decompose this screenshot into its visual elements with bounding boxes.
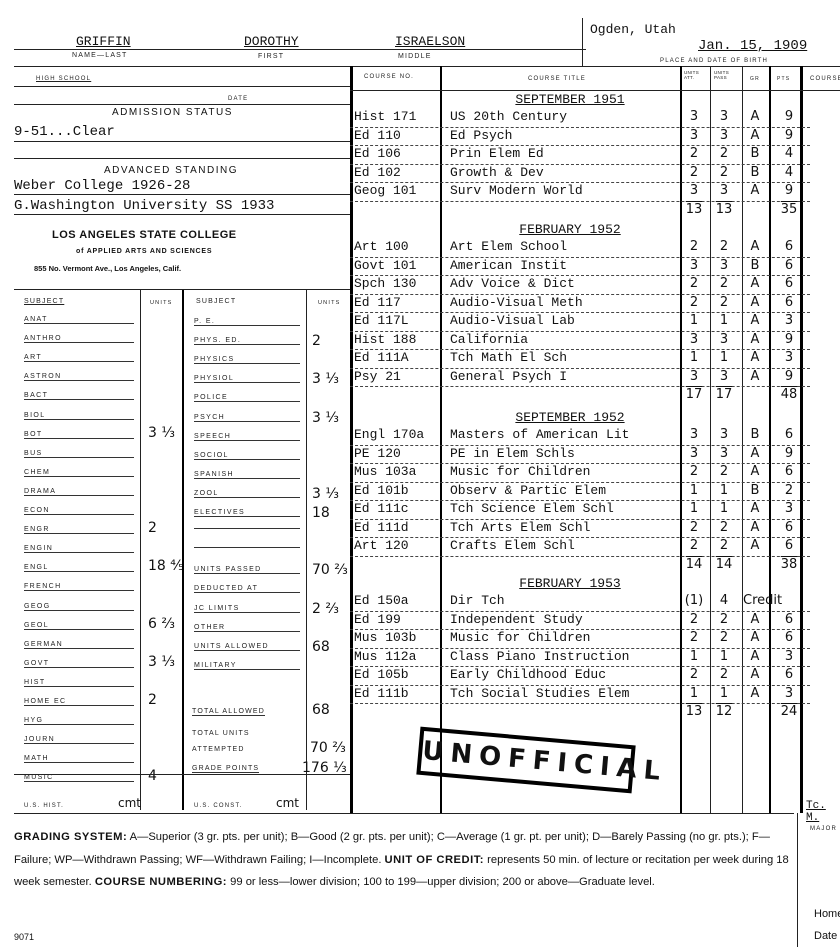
- subject-label: UNITS PASSED: [194, 566, 300, 574]
- grade-points: 6: [774, 276, 804, 291]
- subject-label: PSYCH: [194, 414, 300, 422]
- subject-label: BOT: [24, 431, 134, 439]
- term-totals-row: 131335: [350, 202, 810, 221]
- grade-points: 3: [774, 501, 804, 516]
- high-school-label: HIGH SCHOOL: [36, 76, 91, 82]
- grade-points: 9: [774, 332, 804, 347]
- course-title: Dir Tch: [450, 593, 688, 608]
- grade-points: 6: [774, 612, 804, 627]
- course-row: Ed 117Audio-Visual Meth22A6: [350, 295, 810, 314]
- units-passed: 1: [710, 313, 738, 328]
- units-attempted: 2: [683, 667, 705, 682]
- units-header-left: UNITS: [150, 300, 173, 306]
- course-title: Crafts Elem Schl: [450, 538, 688, 553]
- total-grade-points: 48: [774, 387, 804, 402]
- birth-date: Jan. 15, 1909: [698, 38, 807, 54]
- admission-status-value: 9-51...Clear: [14, 124, 115, 140]
- subject-label: ENGL: [24, 564, 134, 572]
- subject-units: 4: [148, 768, 157, 784]
- next-column-header: COURSE: [810, 76, 840, 82]
- grade-points: 6: [774, 427, 804, 442]
- course-title-header: COURSE TITLE: [528, 76, 586, 82]
- course-number: Mus 103b: [354, 630, 438, 645]
- total-units-passed: 13: [710, 202, 738, 217]
- term-heading: FEBRUARY 1952: [450, 222, 690, 237]
- advanced-standing-2: G.Washington University SS 1933: [14, 198, 274, 214]
- advanced-standing-label: ADVANCED STANDING: [104, 165, 238, 176]
- grade-points: 6: [774, 295, 804, 310]
- units-passed: 2: [710, 295, 738, 310]
- units-passed: 2: [710, 146, 738, 161]
- subject-label: DRAMA: [24, 488, 134, 496]
- grade: A: [743, 538, 767, 553]
- subjects-bottom-line: [14, 774, 350, 775]
- subject-units: 18 ⅘: [148, 558, 184, 574]
- major-label: MAJOR: [810, 826, 837, 832]
- course-title: Surv Modern World: [450, 183, 688, 198]
- grade: A: [743, 612, 767, 627]
- course-title: PE in Elem Schls: [450, 446, 688, 461]
- date-label: DATE: [228, 96, 248, 102]
- grade: A: [743, 183, 767, 198]
- course-title: Prin Elem Ed: [450, 146, 688, 161]
- subject-units: 3 ⅓: [312, 410, 339, 426]
- high-school-line: [14, 86, 350, 87]
- total-units-passed: 12: [710, 704, 738, 719]
- subject-label: DEDUCTED AT: [194, 585, 300, 593]
- subject-label: BUS: [24, 450, 134, 458]
- course-number: PE 120: [354, 446, 438, 461]
- subject-label: ART: [24, 354, 134, 362]
- units-passed: 2: [710, 520, 738, 535]
- units-pass-header: UNITS PASS: [714, 70, 740, 80]
- header-bottom-line: [14, 66, 840, 67]
- units-passed: 3: [710, 332, 738, 347]
- course-number: Psy 21: [354, 369, 438, 384]
- units-attempted: 2: [683, 630, 705, 645]
- units-attempted: 1: [683, 501, 705, 516]
- course-title: Audio-Visual Lab: [450, 313, 688, 328]
- units-attempted: 2: [683, 165, 705, 180]
- subject-units: 3 ⅓: [312, 486, 339, 502]
- subject-units: 3 ⅓: [312, 371, 339, 387]
- date-line: [14, 104, 350, 105]
- grade-points: 2: [774, 483, 804, 498]
- grade-points: 6: [774, 258, 804, 273]
- grade-points: 9: [774, 183, 804, 198]
- admission-line: [14, 141, 350, 142]
- course-row: Ed 106Prin Elem Ed22B4: [350, 146, 810, 165]
- grade-points: 3: [774, 649, 804, 664]
- course-row: PE 120PE in Elem Schls33A9: [350, 446, 810, 465]
- course-row: Mus 103aMusic for Children22A6: [350, 464, 810, 483]
- course-row: Psy 21General Psych I33A9: [350, 369, 810, 388]
- grade-points: 3: [774, 313, 804, 328]
- units-passed: 1: [710, 686, 738, 701]
- course-row: Ed 111bTch Social Studies Elem11A3: [350, 686, 810, 705]
- subject-label: PHYS. ED.: [194, 337, 300, 345]
- course-title: Art Elem School: [450, 239, 688, 254]
- course-row: Govt 101American Instit33B6: [350, 258, 810, 277]
- term-heading: FEBRUARY 1953: [450, 576, 690, 591]
- grade: B: [743, 483, 767, 498]
- units-passed: 2: [710, 165, 738, 180]
- adv-line-1: [14, 194, 350, 195]
- grade: A: [743, 630, 767, 645]
- units-passed: 3: [710, 446, 738, 461]
- name-last-label: NAME—LAST: [72, 52, 128, 59]
- units-attempted: 1: [683, 483, 705, 498]
- subject-label: UNITS ALLOWED: [194, 643, 300, 651]
- subject-units: 2 ⅔: [312, 601, 339, 617]
- course-number: Ed 111c: [354, 501, 438, 516]
- tc-major-value: Tc. M.: [806, 800, 840, 824]
- grade-points: 4: [774, 165, 804, 180]
- course-number: Ed 199: [354, 612, 438, 627]
- subject-label: GEOL: [24, 622, 134, 630]
- total-units-attempted: 14: [683, 557, 705, 572]
- course-title: Growth & Dev: [450, 165, 688, 180]
- subject-units: 2: [148, 692, 157, 708]
- units-passed: 2: [710, 667, 738, 682]
- course-number: Hist 171: [354, 109, 438, 124]
- units-attempted: 3: [683, 369, 705, 384]
- course-title: Tch Science Elem Schl: [450, 501, 688, 516]
- total-units-passed: 17: [710, 387, 738, 402]
- subject-label: MATH: [24, 755, 134, 763]
- grade: A: [743, 501, 767, 516]
- grade: A: [743, 295, 767, 310]
- subject-header-right: SUBJECT: [196, 298, 236, 305]
- subject-label: CHEM: [24, 469, 134, 477]
- course-number: Art 100: [354, 239, 438, 254]
- term-totals-row: 131224: [350, 704, 810, 723]
- course-row: Ed 102Growth & Dev22B4: [350, 165, 810, 184]
- course-row: Geog 101Surv Modern World33A9: [350, 183, 810, 202]
- grade: A: [743, 520, 767, 535]
- subject-units: 2: [148, 520, 157, 536]
- total-grade-points: 38: [774, 557, 804, 572]
- units-att-header: UNITS ATT.: [684, 70, 708, 80]
- course-title: Independent Study: [450, 612, 688, 627]
- course-number: Engl 170a: [354, 427, 438, 442]
- grade: A: [743, 464, 767, 479]
- unit-of-credit-label: UNIT OF CREDIT:: [385, 854, 484, 866]
- admission-line-2: [14, 158, 350, 159]
- us-const-value: cmt: [276, 796, 299, 810]
- subject-label: JOURN: [24, 736, 134, 744]
- subject-label: ZOOL: [194, 490, 300, 498]
- total-grade-points: 35: [774, 202, 804, 217]
- subject-label: PHYSIOL: [194, 375, 300, 383]
- units-passed: 3: [710, 258, 738, 273]
- first-name-label: FIRST: [258, 53, 284, 60]
- subject-label: ECON: [24, 507, 134, 515]
- left-units-divider: [140, 290, 141, 810]
- subject-units: 3 ⅓: [148, 654, 175, 670]
- subject-label: GEOG: [24, 603, 134, 611]
- course-row: Ed 150aDir Tch(1)4Credit: [350, 593, 810, 612]
- course-title: Masters of American Lit: [450, 427, 688, 442]
- course-number: Spch 130: [354, 276, 438, 291]
- subject-label: ELECTIVES: [194, 509, 300, 517]
- admission-status-label: ADMISSION STATUS: [112, 107, 233, 118]
- units-attempted: 2: [683, 538, 705, 553]
- college-name: LOS ANGELES STATE COLLEGE: [52, 229, 237, 241]
- units-passed: 2: [710, 239, 738, 254]
- grade-points: 6: [774, 520, 804, 535]
- term-totals-row: 171748: [350, 387, 810, 406]
- middle-name: ISRAELSON: [395, 34, 465, 49]
- course-numbering-text: 99 or less—lower division; 100 to 199—up…: [230, 876, 655, 888]
- course-number: Ed 111d: [354, 520, 438, 535]
- course-title: General Psych I: [450, 369, 688, 384]
- subject-label: BIOL: [24, 412, 134, 420]
- grade: A: [743, 239, 767, 254]
- units-attempted: 1: [683, 313, 705, 328]
- units-passed: 1: [710, 649, 738, 664]
- subject-units: 18: [312, 505, 330, 521]
- grade-points: 6: [774, 667, 804, 682]
- subject-units: 6 ⅔: [148, 616, 175, 632]
- units-attempted: 2: [683, 464, 705, 479]
- grade-points: 6: [774, 239, 804, 254]
- units-passed: 1: [710, 350, 738, 365]
- course-title: Music for Children: [450, 630, 688, 645]
- subject-header-left: SUBJECT: [24, 298, 64, 305]
- course-number: Ed 106: [354, 146, 438, 161]
- course-title: American Instit: [450, 258, 688, 273]
- units-passed: 3: [710, 109, 738, 124]
- course-number: Ed 117L: [354, 313, 438, 328]
- course-row: Art 100Art Elem School22A6: [350, 239, 810, 258]
- course-title: Tch Arts Elem Schl: [450, 520, 688, 535]
- subject-label: ASTRON: [24, 373, 134, 381]
- course-numbering-label: COURSE NUMBERING:: [95, 876, 227, 888]
- units-attempted: 3: [683, 446, 705, 461]
- course-title: California: [450, 332, 688, 347]
- course-number: Ed 105b: [354, 667, 438, 682]
- grade: A: [743, 313, 767, 328]
- units-attempted: 2: [683, 239, 705, 254]
- units-attempted: 3: [683, 258, 705, 273]
- subject-label: ENGIN: [24, 545, 134, 553]
- subject-label: ANTHRO: [24, 335, 134, 343]
- units-passed: 1: [710, 501, 738, 516]
- course-title: Tch Math El Sch: [450, 350, 688, 365]
- course-number: Ed 101b: [354, 483, 438, 498]
- grade-points: 9: [774, 128, 804, 143]
- grade-points: 9: [774, 446, 804, 461]
- us-history-label: U.S. HIST.: [24, 803, 64, 809]
- subject-label: OTHER: [194, 624, 300, 632]
- subject-units: 68: [312, 639, 330, 655]
- course-row: Ed 105bEarly Childhood Educ22A6: [350, 667, 810, 686]
- course-row: Mus 103bMusic for Children22A6: [350, 630, 810, 649]
- course-row: Spch 130Adv Voice & Dict22A6: [350, 276, 810, 295]
- course-number: Mus 103a: [354, 464, 438, 479]
- subject-units: 3 ⅓: [148, 425, 175, 441]
- grade: A: [743, 446, 767, 461]
- units-attempted: 1: [683, 649, 705, 664]
- course-no-header: COURSE NO.: [364, 74, 414, 80]
- advanced-standing-1: Weber College 1926-28: [14, 178, 190, 194]
- grade: A: [743, 128, 767, 143]
- total-units-attempted: 13: [683, 202, 705, 217]
- grade-points: 3: [774, 686, 804, 701]
- subject-units: 2: [312, 333, 321, 349]
- grade: B: [743, 427, 767, 442]
- grade: Credit: [743, 593, 767, 608]
- total-units-passed: 14: [710, 557, 738, 572]
- units-attempted: 2: [683, 146, 705, 161]
- units-attempted: 1: [683, 686, 705, 701]
- grade: A: [743, 332, 767, 347]
- grade: A: [743, 649, 767, 664]
- subject-label: HIST: [24, 679, 134, 687]
- name-line: [14, 49, 586, 50]
- term-totals-row: 141438: [350, 557, 810, 576]
- course-row: Ed 111ATch Math El Sch11A3: [350, 350, 810, 369]
- units-attempted: (1): [683, 593, 705, 608]
- grade-header: GR: [750, 76, 760, 82]
- grading-legend: GRADING SYSTEM: A—Superior (3 gr. pts. p…: [14, 826, 794, 894]
- birth-place: Ogden, Utah: [590, 22, 676, 37]
- course-number: Geog 101: [354, 183, 438, 198]
- grade-points: 9: [774, 109, 804, 124]
- course-row: Hist 188California33A9: [350, 332, 810, 351]
- grade-points: 6: [774, 464, 804, 479]
- term-heading: SEPTEMBER 1952: [450, 410, 690, 425]
- birth-label: PLACE AND DATE OF BIRTH: [660, 58, 768, 64]
- subject-label: POLICE: [194, 394, 300, 402]
- units-attempted: 2: [683, 295, 705, 310]
- units-attempted: 1: [683, 350, 705, 365]
- units-passed: 2: [710, 630, 738, 645]
- grade: B: [743, 146, 767, 161]
- subject-label: P. E.: [194, 318, 300, 326]
- course-title: Audio-Visual Meth: [450, 295, 688, 310]
- college-address: 855 No. Vermont Ave., Los Angeles, Calif…: [34, 264, 181, 273]
- total-units-attempted: 13: [683, 704, 705, 719]
- course-row: Ed 111cTch Science Elem Schl11A3: [350, 501, 810, 520]
- subject-label: MILITARY: [194, 662, 300, 670]
- total-units-attempted: 17: [683, 387, 705, 402]
- course-number: Ed 102: [354, 165, 438, 180]
- course-row: Engl 170aMasters of American Lit33B6: [350, 427, 810, 446]
- course-title: Ed Psych: [450, 128, 688, 143]
- course-row: Ed 110Ed Psych33A9: [350, 128, 810, 147]
- subject-label: SPANISH: [194, 471, 300, 479]
- course-row: Ed 117LAudio-Visual Lab11A3: [350, 313, 810, 332]
- right-units-divider: [306, 290, 307, 810]
- grade: A: [743, 276, 767, 291]
- form-code: 9071: [14, 932, 34, 942]
- course-row: Ed 111dTch Arts Elem Schl22A6: [350, 520, 810, 539]
- units-passed: 3: [710, 128, 738, 143]
- grade: A: [743, 109, 767, 124]
- units-attempted: 3: [683, 128, 705, 143]
- subject-label: GOVT: [24, 660, 134, 668]
- units-passed: 2: [710, 538, 738, 553]
- course-row: Ed 101bObserv & Partic Elem11B2: [350, 483, 810, 502]
- course-number: Art 120: [354, 538, 438, 553]
- units-passed: 2: [710, 464, 738, 479]
- subject-label: [194, 528, 300, 529]
- course-title: Adv Voice & Dict: [450, 276, 688, 291]
- subject-label: HYG: [24, 717, 134, 725]
- course-number: Ed 110: [354, 128, 438, 143]
- units-passed: 1: [710, 483, 738, 498]
- total-allowed-value: 68: [312, 702, 330, 718]
- course-number: Ed 150a: [354, 593, 438, 608]
- units-attempted: 3: [683, 183, 705, 198]
- course-title: US 20th Century: [450, 109, 688, 124]
- units-passed: 4: [710, 593, 738, 608]
- grade: A: [743, 369, 767, 384]
- grade: A: [743, 667, 767, 682]
- total-units-attempted-label: TOTAL UNITS ATTEMPTED: [192, 726, 302, 758]
- subject-label: GERMAN: [24, 641, 134, 649]
- units-attempted: 2: [683, 276, 705, 291]
- grade: A: [743, 686, 767, 701]
- units-attempted: 3: [683, 427, 705, 442]
- units-passed: 2: [710, 276, 738, 291]
- course-header-line: [350, 90, 840, 91]
- subject-label: JC LIMITS: [194, 605, 300, 613]
- grade-points: 6: [774, 630, 804, 645]
- total-allowed-label: TOTAL ALLOWED: [192, 708, 265, 716]
- header-divider: [582, 18, 583, 66]
- course-number: Mus 112a: [354, 649, 438, 664]
- subject-units: 70 ⅔: [312, 562, 348, 578]
- grade: B: [743, 258, 767, 273]
- unofficial-stamp: UNOFFICIAL: [416, 727, 635, 794]
- course-number: Hist 188: [354, 332, 438, 347]
- term-heading: SEPTEMBER 1951: [450, 92, 690, 107]
- middle-name-label: MIDDLE: [398, 53, 432, 60]
- units-attempted: 3: [683, 109, 705, 124]
- total-grade-points: 24: [774, 704, 804, 719]
- units-attempted: 2: [683, 612, 705, 627]
- first-name: DOROTHY: [244, 34, 299, 49]
- units-passed: 3: [710, 369, 738, 384]
- course-title: Tch Social Studies Elem: [450, 686, 688, 701]
- course-number: Govt 101: [354, 258, 438, 273]
- course-title: Class Piano Instruction: [450, 649, 688, 664]
- left-table-divider: [182, 290, 184, 810]
- date-field-label: Date: [814, 930, 837, 942]
- right-edge-divider: [797, 813, 798, 947]
- grade: B: [743, 165, 767, 180]
- points-header: PTS: [777, 76, 790, 82]
- college-subtitle: of APPLIED ARTS AND SCIENCES: [76, 248, 212, 255]
- subject-label: SOCIOL: [194, 452, 300, 460]
- footer-line: [14, 813, 794, 814]
- units-passed: 3: [710, 427, 738, 442]
- adv-line-2: [14, 214, 350, 215]
- grade: A: [743, 350, 767, 365]
- course-title: Observ & Partic Elem: [450, 483, 688, 498]
- subject-label: ANAT: [24, 316, 134, 324]
- course-title: Early Childhood Educ: [450, 667, 688, 682]
- subject-label: ENGR: [24, 526, 134, 534]
- course-row: Ed 199Independent Study22A6: [350, 612, 810, 631]
- subject-label: FRENCH: [24, 583, 134, 591]
- subject-label: BACT: [24, 392, 134, 400]
- course-number: Ed 111A: [354, 350, 438, 365]
- us-history-value: cmt: [118, 796, 141, 810]
